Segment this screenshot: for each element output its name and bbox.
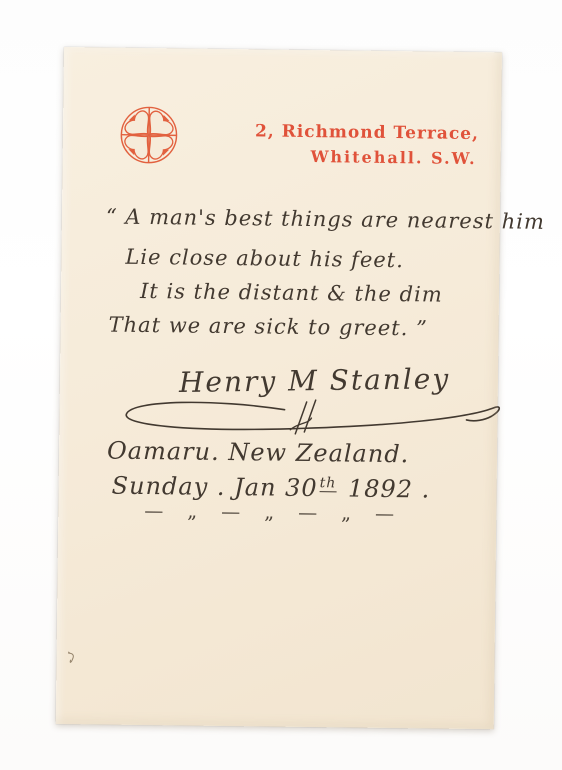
quatrefoil-hearts-emblem-icon (119, 105, 180, 166)
closing-flourish: — „ — „ — „ — (144, 500, 403, 525)
quote-line-1: “ A man's best things are nearest him (106, 205, 545, 234)
address-line-2: Whitehall. S.W. (255, 144, 479, 170)
place-line: Oamaru. New Zealand. (107, 437, 410, 469)
quote-line-2: Lie close about his feet. (125, 245, 404, 272)
date-superscript: th (320, 475, 337, 492)
quote-line-3: It is the distant & the dim (140, 279, 443, 307)
letter-paper: 2, Richmond Terrace, Whitehall. S.W. “ A… (56, 47, 502, 729)
address-line-1: 2, Richmond Terrace, (255, 119, 479, 146)
date-prefix: Sunday . Jan 30 (111, 472, 317, 503)
photo-background: 2, Richmond Terrace, Whitehall. S.W. “ A… (0, 0, 562, 770)
letterhead-address: 2, Richmond Terrace, Whitehall. S.W. (255, 119, 480, 170)
pencil-mark-icon (65, 651, 77, 667)
quote-line-4: That we are sick to greet. ” (108, 313, 427, 341)
date-line: Sunday . Jan 30th 1892 . (111, 472, 430, 504)
signature-flourish-icon (114, 392, 507, 441)
date-suffix: 1892 . (339, 474, 430, 503)
